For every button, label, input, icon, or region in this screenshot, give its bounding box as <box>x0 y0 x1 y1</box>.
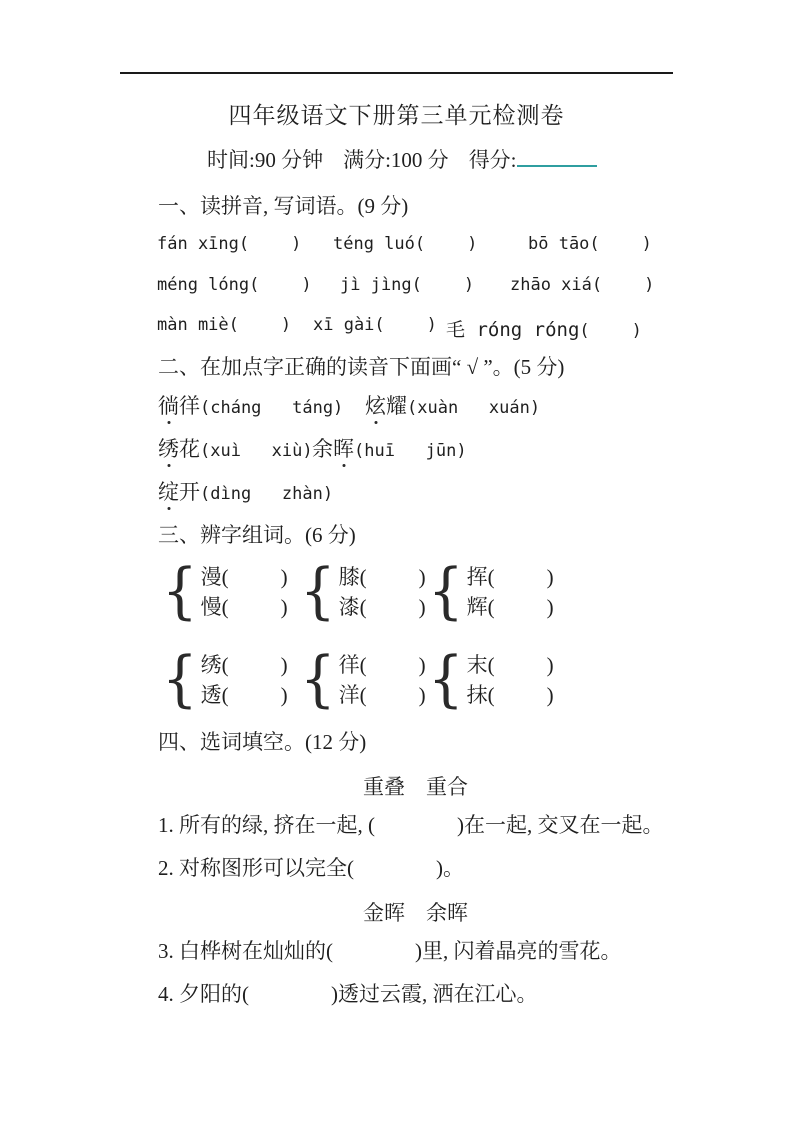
pinyin-item: fán xīng() <box>157 234 301 254</box>
page-title: 四年级语文下册第三单元检测卷 <box>0 97 793 130</box>
word-suffix: 徉 <box>179 394 200 418</box>
score-blank <box>517 150 597 167</box>
char: 慢 <box>201 595 222 619</box>
close-paren: ) <box>547 565 554 589</box>
open-paren: ( <box>222 653 229 677</box>
brace-icon: { <box>162 561 198 624</box>
answer-blank <box>495 700 547 702</box>
sentence-post: 在一起, 交叉在一起。 <box>464 813 664 837</box>
pinyin-label: téng luó <box>333 234 415 254</box>
close-paren: ) <box>632 321 642 341</box>
open-paren: ( <box>360 653 367 677</box>
word-pair-row: 抹() <box>467 680 554 710</box>
close-paren: ) <box>467 234 477 254</box>
answer-blank <box>367 582 419 584</box>
answer-blank <box>229 582 281 584</box>
sentence-post: 。 <box>443 856 464 880</box>
word-pair-row: 末() <box>467 650 554 680</box>
reading-options: (cháng táng) <box>200 398 343 418</box>
close-paren: ) <box>281 565 288 589</box>
char: 挥 <box>467 565 488 589</box>
pinyin-label: fán xīng <box>157 234 239 254</box>
fill-blank-item: 1. 所有的绿, 挤在一起, ()在一起, 交叉在一起。 <box>158 811 664 839</box>
pinyin-item: méng lóng() <box>157 275 312 295</box>
emphasis-dot-char: 绽 <box>158 478 179 506</box>
reading-options: (xuàn xuán) <box>407 398 540 418</box>
sentence-pre: 2. 对称图形可以完全 <box>158 856 347 880</box>
close-paren: ) <box>281 315 291 335</box>
word-pair-group: { 徉() 洋() <box>300 650 426 710</box>
close-paren: ) <box>419 565 426 589</box>
pinyin-item: téng luó() <box>333 234 477 254</box>
brace-icon: { <box>162 649 198 712</box>
emphasis-dot-char: 徜 <box>158 392 179 420</box>
char: 徉 <box>339 653 360 677</box>
word-bank: 重叠 重合 <box>363 771 468 801</box>
word-pair-row: 漫() <box>201 562 288 592</box>
pinyin-label: jì jìng <box>340 275 412 295</box>
close-paren: ) <box>547 595 554 619</box>
close-paren: ) <box>547 653 554 677</box>
word-pair-row: 挥() <box>467 562 554 592</box>
pinyin-item: zhāo xiá() <box>510 275 654 295</box>
pinyin-item: 毛 róng róng() <box>446 315 642 342</box>
section3-heading: 三、辨字组词。(6 分) <box>158 521 356 549</box>
brace-icon: { <box>428 561 464 624</box>
open-paren: ( <box>326 939 333 963</box>
emphasis-dot-char: 晖 <box>333 435 354 463</box>
pinyin-label: bō tāo <box>528 234 589 254</box>
reading-options: (huī jūn) <box>354 441 467 461</box>
char: 透 <box>201 683 222 707</box>
open-paren: ( <box>242 982 249 1006</box>
answer-blank <box>590 334 632 336</box>
reading-choice-item: 徜徉(cháng táng) <box>158 392 343 422</box>
word-pair-group: { 膝() 漆() <box>300 562 426 622</box>
reading-choice-item: 绽开(dìng zhàn) <box>158 478 333 508</box>
word-pair-row: 透() <box>201 680 288 710</box>
word-suffix: 花 <box>179 437 200 461</box>
section2-heading: 二、在加点字正确的读音下面画“ √ ”。(5 分) <box>158 353 564 381</box>
open-paren: ( <box>374 315 384 335</box>
pinyin-label: zhāo xiá <box>510 275 592 295</box>
pinyin-label: méng lóng <box>157 275 249 295</box>
brace-icon: { <box>300 561 336 624</box>
open-paren: ( <box>589 234 599 254</box>
close-paren: ) <box>642 234 652 254</box>
fill-blank-item: 2. 对称图形可以完全()。 <box>158 854 464 882</box>
word-pair-row: 辉() <box>467 592 554 622</box>
answer-blank <box>354 873 436 875</box>
score-label: 得分: <box>469 148 517 172</box>
brace-icon: { <box>300 649 336 712</box>
close-paren: ) <box>464 275 474 295</box>
close-paren: ) <box>281 683 288 707</box>
char: 绣 <box>201 653 222 677</box>
fill-blank-item: 4. 夕阳的()透过云霞, 洒在江心。 <box>158 980 538 1008</box>
open-paren: ( <box>222 595 229 619</box>
word-pair-row: 漆() <box>339 592 426 622</box>
answer-blank <box>495 582 547 584</box>
word-pair-row: 徉() <box>339 650 426 680</box>
sentence-post: 透过云霞, 洒在江心。 <box>338 982 538 1006</box>
word-pair-group: { 挥() 辉() <box>428 562 554 622</box>
pinyin-item: xī gài() <box>313 315 437 335</box>
pinyin-item: bō tāo() <box>528 234 652 254</box>
fill-blank-item: 3. 白桦树在灿灿的()里, 闪着晶亮的雪花。 <box>158 937 622 965</box>
answer-blank <box>425 247 467 249</box>
char: 膝 <box>339 565 360 589</box>
close-paren: ) <box>644 275 654 295</box>
answer-blank <box>367 700 419 702</box>
answer-blank <box>229 612 281 614</box>
open-paren: ( <box>488 595 495 619</box>
answer-blank <box>333 956 415 958</box>
open-paren: ( <box>347 856 354 880</box>
word-pair-group: { 绣() 透() <box>162 650 288 710</box>
section4-heading: 四、选词填空。(12 分) <box>158 728 366 756</box>
char: 漫 <box>201 565 222 589</box>
answer-blank <box>375 830 457 832</box>
open-paren: ( <box>360 565 367 589</box>
pinyin-item: jì jìng() <box>340 275 474 295</box>
open-paren: ( <box>360 595 367 619</box>
word-pair-row: 绣() <box>201 650 288 680</box>
answer-blank <box>495 612 547 614</box>
open-paren: ( <box>412 275 422 295</box>
char: 抹 <box>467 683 488 707</box>
sentence-pre: 4. 夕阳的 <box>158 982 242 1006</box>
answer-blank <box>600 247 642 249</box>
answer-blank <box>367 670 419 672</box>
close-paren: ) <box>291 234 301 254</box>
reading-options: (xuì xiù) <box>200 441 313 461</box>
pinyin-label: xī gài <box>313 315 374 335</box>
answer-blank <box>239 328 281 330</box>
answer-blank <box>495 670 547 672</box>
close-paren: ) <box>457 813 464 837</box>
reading-choice-item: 余晖(huī jūn) <box>312 435 467 465</box>
answer-blank <box>249 247 291 249</box>
char: 末 <box>467 653 488 677</box>
char: 漆 <box>339 595 360 619</box>
close-paren: ) <box>547 683 554 707</box>
sentence-pre: 3. 白桦树在灿灿的 <box>158 939 326 963</box>
reading-options: (dìng zhàn) <box>200 484 333 504</box>
time-label: 时间:90 分钟 <box>207 148 323 172</box>
word-pair-row: 膝() <box>339 562 426 592</box>
open-paren: ( <box>360 683 367 707</box>
open-paren: ( <box>229 315 239 335</box>
word-pair-group: { 漫() 慢() <box>162 562 288 622</box>
close-paren: ) <box>427 315 437 335</box>
open-paren: ( <box>592 275 602 295</box>
word-bank: 金晖 余晖 <box>363 897 468 927</box>
open-paren: ( <box>222 683 229 707</box>
pinyin-item: màn miè() <box>157 315 291 335</box>
open-paren: ( <box>368 813 375 837</box>
close-paren: ) <box>419 653 426 677</box>
answer-blank <box>385 328 427 330</box>
char: 辉 <box>467 595 488 619</box>
char: 洋 <box>339 683 360 707</box>
close-paren: ) <box>281 653 288 677</box>
close-paren: ) <box>419 595 426 619</box>
emphasis-dot-char: 绣 <box>158 435 179 463</box>
reading-choice-item: 炫耀(xuàn xuán) <box>365 392 540 422</box>
close-paren: ) <box>436 856 443 880</box>
open-paren: ( <box>249 275 259 295</box>
word-prefix: 余 <box>312 437 333 461</box>
answer-blank <box>422 288 464 290</box>
open-paren: ( <box>488 683 495 707</box>
answer-blank <box>229 670 281 672</box>
answer-blank <box>229 700 281 702</box>
close-paren: ) <box>415 939 422 963</box>
close-paren: ) <box>331 982 338 1006</box>
close-paren: ) <box>419 683 426 707</box>
meta-line: 时间:90 分钟满分:100 分得分: <box>207 146 597 174</box>
open-paren: ( <box>579 321 589 341</box>
section1-heading: 一、读拼音, 写词语。(9 分) <box>158 192 408 220</box>
sentence-post: 里, 闪着晶亮的雪花。 <box>422 939 622 963</box>
open-paren: ( <box>488 653 495 677</box>
sentence-pre: 1. 所有的绿, 挤在一起, <box>158 813 368 837</box>
answer-blank <box>602 288 644 290</box>
pinyin-label: 毛 róng róng <box>446 319 579 341</box>
test-paper-page: 四年级语文下册第三单元检测卷 时间:90 分钟满分:100 分得分: 一、读拼音… <box>0 0 793 1122</box>
word-suffix: 开 <box>179 480 200 504</box>
word-pair-group: { 末() 抹() <box>428 650 554 710</box>
answer-blank <box>367 612 419 614</box>
word-pair-row: 慢() <box>201 592 288 622</box>
open-paren: ( <box>415 234 425 254</box>
answer-blank <box>259 288 301 290</box>
open-paren: ( <box>488 565 495 589</box>
full-score-label: 满分:100 分 <box>343 148 449 172</box>
close-paren: ) <box>301 275 311 295</box>
close-paren: ) <box>281 595 288 619</box>
emphasis-dot-char: 炫 <box>365 392 386 420</box>
open-paren: ( <box>239 234 249 254</box>
answer-blank <box>249 999 331 1001</box>
word-pair-row: 洋() <box>339 680 426 710</box>
word-suffix: 耀 <box>386 394 407 418</box>
brace-icon: { <box>428 649 464 712</box>
top-rule <box>120 72 673 74</box>
open-paren: ( <box>222 565 229 589</box>
reading-choice-item: 绣花(xuì xiù) <box>158 435 313 465</box>
pinyin-label: màn miè <box>157 315 229 335</box>
